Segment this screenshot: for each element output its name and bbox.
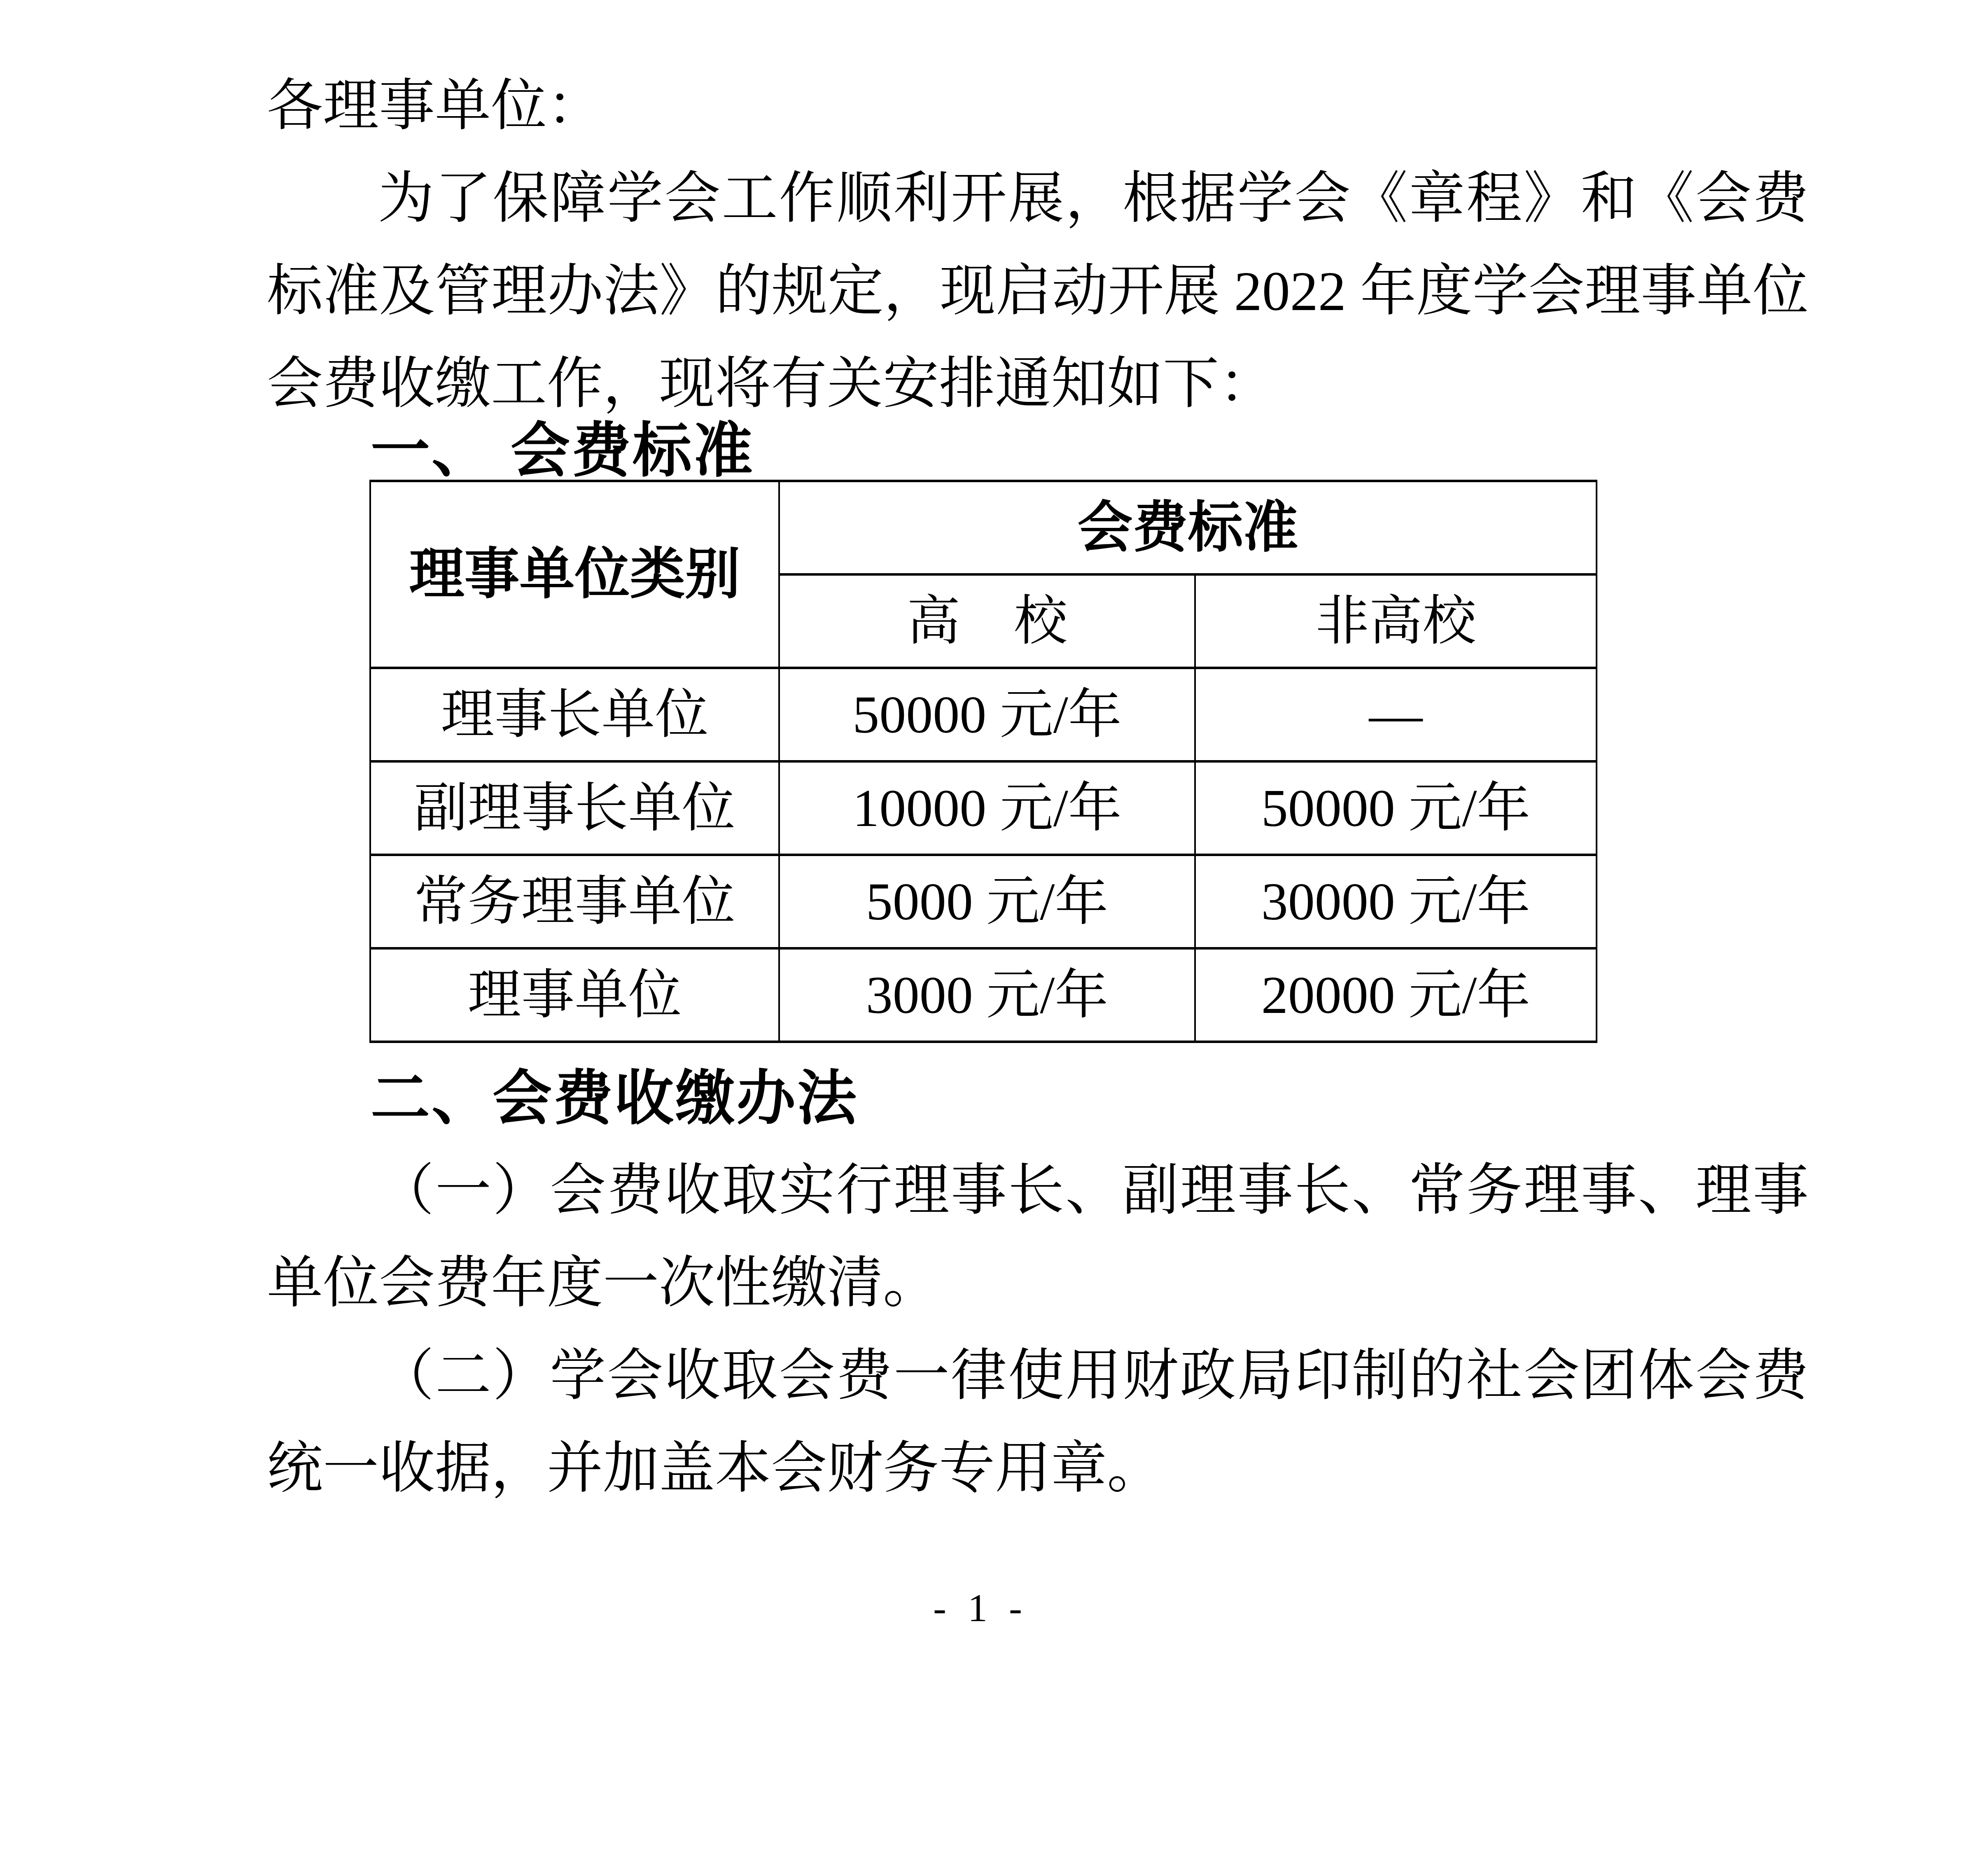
intro-line-2: 标准及管理办法》的规定，现启动开展 2022 年度学会理事单位 — [267, 259, 1809, 324]
intro-line-3: 会费收缴工作，现将有关安排通知如下： — [267, 351, 1275, 417]
method-para2-line-1: （二）学会收取会费一律使用财政局印制的社会团体会费 — [378, 1343, 1809, 1409]
method-para1-line-1: （一）会费收取实行理事长、副理事长、常务理事、理事 — [378, 1158, 1809, 1224]
cell-category: 理事单位 — [370, 948, 779, 1042]
document-page: 各理事单位： 为了保障学会工作顺利开展，根据学会《章程》和《会费 标准及管理办法… — [0, 0, 1961, 1876]
cell-category: 理事长单位 — [370, 668, 779, 761]
cell-university-fee: 10000 元/年 — [779, 761, 1195, 855]
cell-non-university-fee: 20000 元/年 — [1195, 948, 1597, 1042]
table-row: 理事长单位 50000 元/年 — — [370, 668, 1597, 761]
table-row: 副理事长单位 10000 元/年 50000 元/年 — [370, 761, 1597, 855]
fee-table: 理事单位类别 会费标准 高 校 非高校 理事长单位 50000 元/年 — 副理… — [369, 480, 1597, 1043]
cell-non-university-fee: — — [1195, 668, 1597, 761]
cell-university-fee: 50000 元/年 — [779, 668, 1195, 761]
table-row: 常务理事单位 5000 元/年 30000 元/年 — [370, 855, 1597, 948]
cell-category: 副理事长单位 — [370, 761, 779, 855]
section-1-heading: 一、 会费标准 — [371, 418, 754, 484]
cell-non-university-fee: 30000 元/年 — [1195, 855, 1597, 948]
header-cell-fee-standard: 会费标准 — [779, 481, 1597, 574]
cell-university-fee: 5000 元/年 — [779, 855, 1195, 948]
section-2-heading: 二、会费收缴办法 — [371, 1066, 858, 1132]
method-para2-line-2: 统一收据，并加盖本会财务专用章。 — [267, 1436, 1163, 1502]
salutation-line: 各理事单位： — [267, 73, 603, 139]
table-header-row-1: 理事单位类别 会费标准 — [370, 481, 1597, 574]
header-cell-non-university: 非高校 — [1195, 574, 1597, 668]
cell-category: 常务理事单位 — [370, 855, 779, 948]
cell-non-university-fee: 50000 元/年 — [1195, 761, 1597, 855]
cell-university-fee: 3000 元/年 — [779, 948, 1195, 1042]
method-para1-line-2: 单位会费年度一次性缴清。 — [267, 1251, 939, 1316]
header-cell-category: 理事单位类别 — [370, 481, 779, 668]
table-row: 理事单位 3000 元/年 20000 元/年 — [370, 948, 1597, 1042]
page-number: - 1 - — [0, 1585, 1961, 1631]
intro-line-1: 为了保障学会工作顺利开展，根据学会《章程》和《会费 — [378, 166, 1809, 232]
header-cell-university: 高 校 — [779, 574, 1195, 668]
